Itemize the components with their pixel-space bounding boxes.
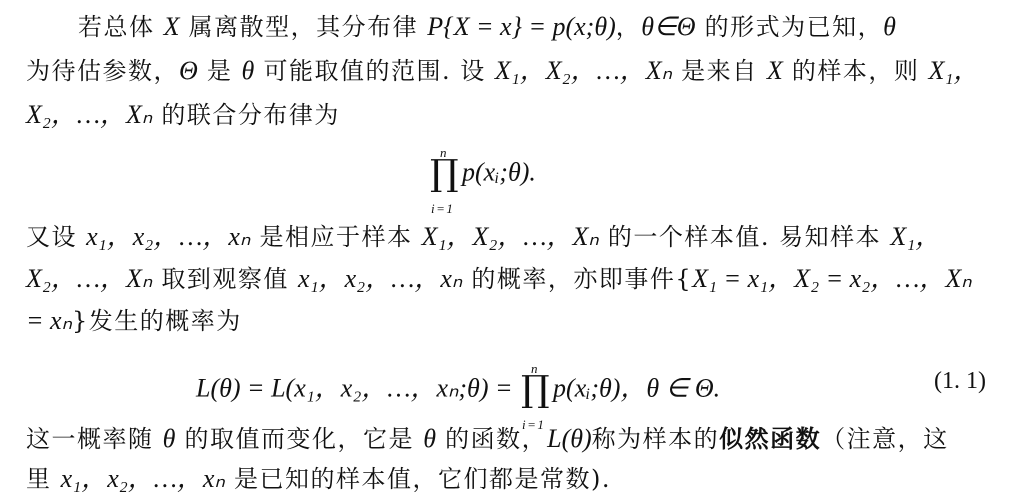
- text: 取到观察值: [152, 265, 298, 293]
- text: 的联合分布律为: [152, 101, 340, 129]
- math-expr: x₁，x₂，…，xₙ: [298, 264, 462, 293]
- text: 若总体: [78, 13, 164, 41]
- math-var: X₁，: [928, 56, 979, 85]
- math-var: Θ: [179, 56, 198, 85]
- text: 这一概率随: [26, 425, 163, 453]
- text: 的形式为已知，: [695, 13, 883, 41]
- math-expr: x₁，x₂，…，xₙ: [86, 222, 250, 251]
- math-expr: X₁，X₂，…，Xₙ: [422, 222, 599, 251]
- text: 为待估参数，: [26, 57, 179, 85]
- text: 的概率，亦即事件{: [462, 265, 692, 293]
- math-expr: θ∈Θ: [641, 12, 695, 41]
- text: 的一个样本值. 易知样本: [599, 223, 891, 251]
- paragraph-1-line-3: X₂，…，Xₙ 的联合分布律为: [26, 100, 340, 130]
- text: 是来自: [672, 57, 767, 85]
- product-symbol: ∏: [521, 372, 551, 408]
- text: 是已知的样本值，它们都是常数).: [225, 465, 611, 493]
- text: }发生的概率为: [72, 307, 242, 335]
- math-expr: = xₙ: [26, 306, 72, 335]
- math-expr: x₁，x₂，…，xₙ: [61, 464, 225, 493]
- math-var: θ: [423, 424, 436, 453]
- text: 是相应于样本: [250, 223, 421, 251]
- math-var: θ: [242, 56, 255, 85]
- text: 又设: [26, 223, 86, 251]
- distribution-formula: P{X = x} = p(x;θ): [427, 12, 615, 41]
- math-var: θ: [163, 424, 176, 453]
- text: 可能取值的范围. 设: [254, 57, 495, 85]
- math-expr: X₂，…，Xₙ: [26, 100, 152, 129]
- text: （注意，这: [821, 425, 949, 453]
- text: 的函数，: [436, 425, 547, 453]
- text: ，: [616, 13, 642, 41]
- product-symbol: ∏: [430, 156, 460, 192]
- paragraph-3-line-2: 里 x₁，x₂，…，xₙ 是已知的样本值，它们都是常数).: [26, 464, 611, 494]
- equation-number: (1. 1): [934, 368, 986, 395]
- text: 里: [26, 465, 61, 493]
- text: 的样本，则: [783, 57, 929, 85]
- math-var: X₁，: [890, 222, 941, 251]
- math-var: θ: [883, 12, 896, 41]
- equation-body: p(xᵢ;θ).: [462, 158, 536, 187]
- product-operator: n ∏ i=1: [430, 152, 460, 196]
- math-expr: L(θ): [547, 424, 592, 453]
- math-var: X: [767, 56, 783, 85]
- text: 是: [198, 57, 242, 85]
- paragraph-2-line-2: X₂，…，Xₙ 取到观察值 x₁，x₂，…，xₙ 的概率，亦即事件{X₁ = x…: [26, 264, 972, 294]
- paragraph-2-line-3: = xₙ}发生的概率为: [26, 306, 242, 336]
- paragraph-1-line-2: 为待估参数，Θ 是 θ 可能取值的范围. 设 X₁，X₂，…，Xₙ 是来自 X …: [26, 56, 979, 86]
- text: 的取值而变化，它是: [175, 425, 423, 453]
- math-expr: X₁ = x₁，X₂ = x₂，…，Xₙ: [692, 264, 971, 293]
- equation-lhs: L(θ) = L(x₁，x₂，…，xₙ;θ) =: [196, 374, 519, 403]
- product-operator: n ∏ i=1: [521, 368, 551, 412]
- equation-rhs: p(xᵢ;θ)，θ ∈ Θ.: [553, 374, 720, 403]
- equation-joint-distribution: n ∏ i=1 p(xᵢ;θ).: [428, 152, 536, 196]
- text: 属离散型，其分布律: [180, 13, 428, 41]
- paragraph-3-line-1: 这一概率随 θ 的取值而变化，它是 θ 的函数，L(θ)称为样本的似然函数（注意…: [26, 424, 949, 454]
- product-lower-limit: i=1: [431, 194, 454, 224]
- text: 称为样本的: [592, 425, 720, 453]
- paragraph-1-line-1: 若总体 X 属离散型，其分布律 P{X = x} = p(x;θ)，θ∈Θ 的形…: [78, 12, 896, 42]
- paragraph-2-line-1: 又设 x₁，x₂，…，xₙ 是相应于样本 X₁，X₂，…，Xₙ 的一个样本值. …: [26, 222, 941, 252]
- math-expr: X₂，…，Xₙ: [26, 264, 152, 293]
- defined-term: 似然函数: [719, 424, 821, 453]
- math-var: X: [164, 12, 180, 41]
- equation-likelihood: L(θ) = L(x₁，x₂，…，xₙ;θ) = n ∏ i=1 p(xᵢ;θ)…: [196, 368, 720, 412]
- math-expr: X₁，X₂，…，Xₙ: [495, 56, 672, 85]
